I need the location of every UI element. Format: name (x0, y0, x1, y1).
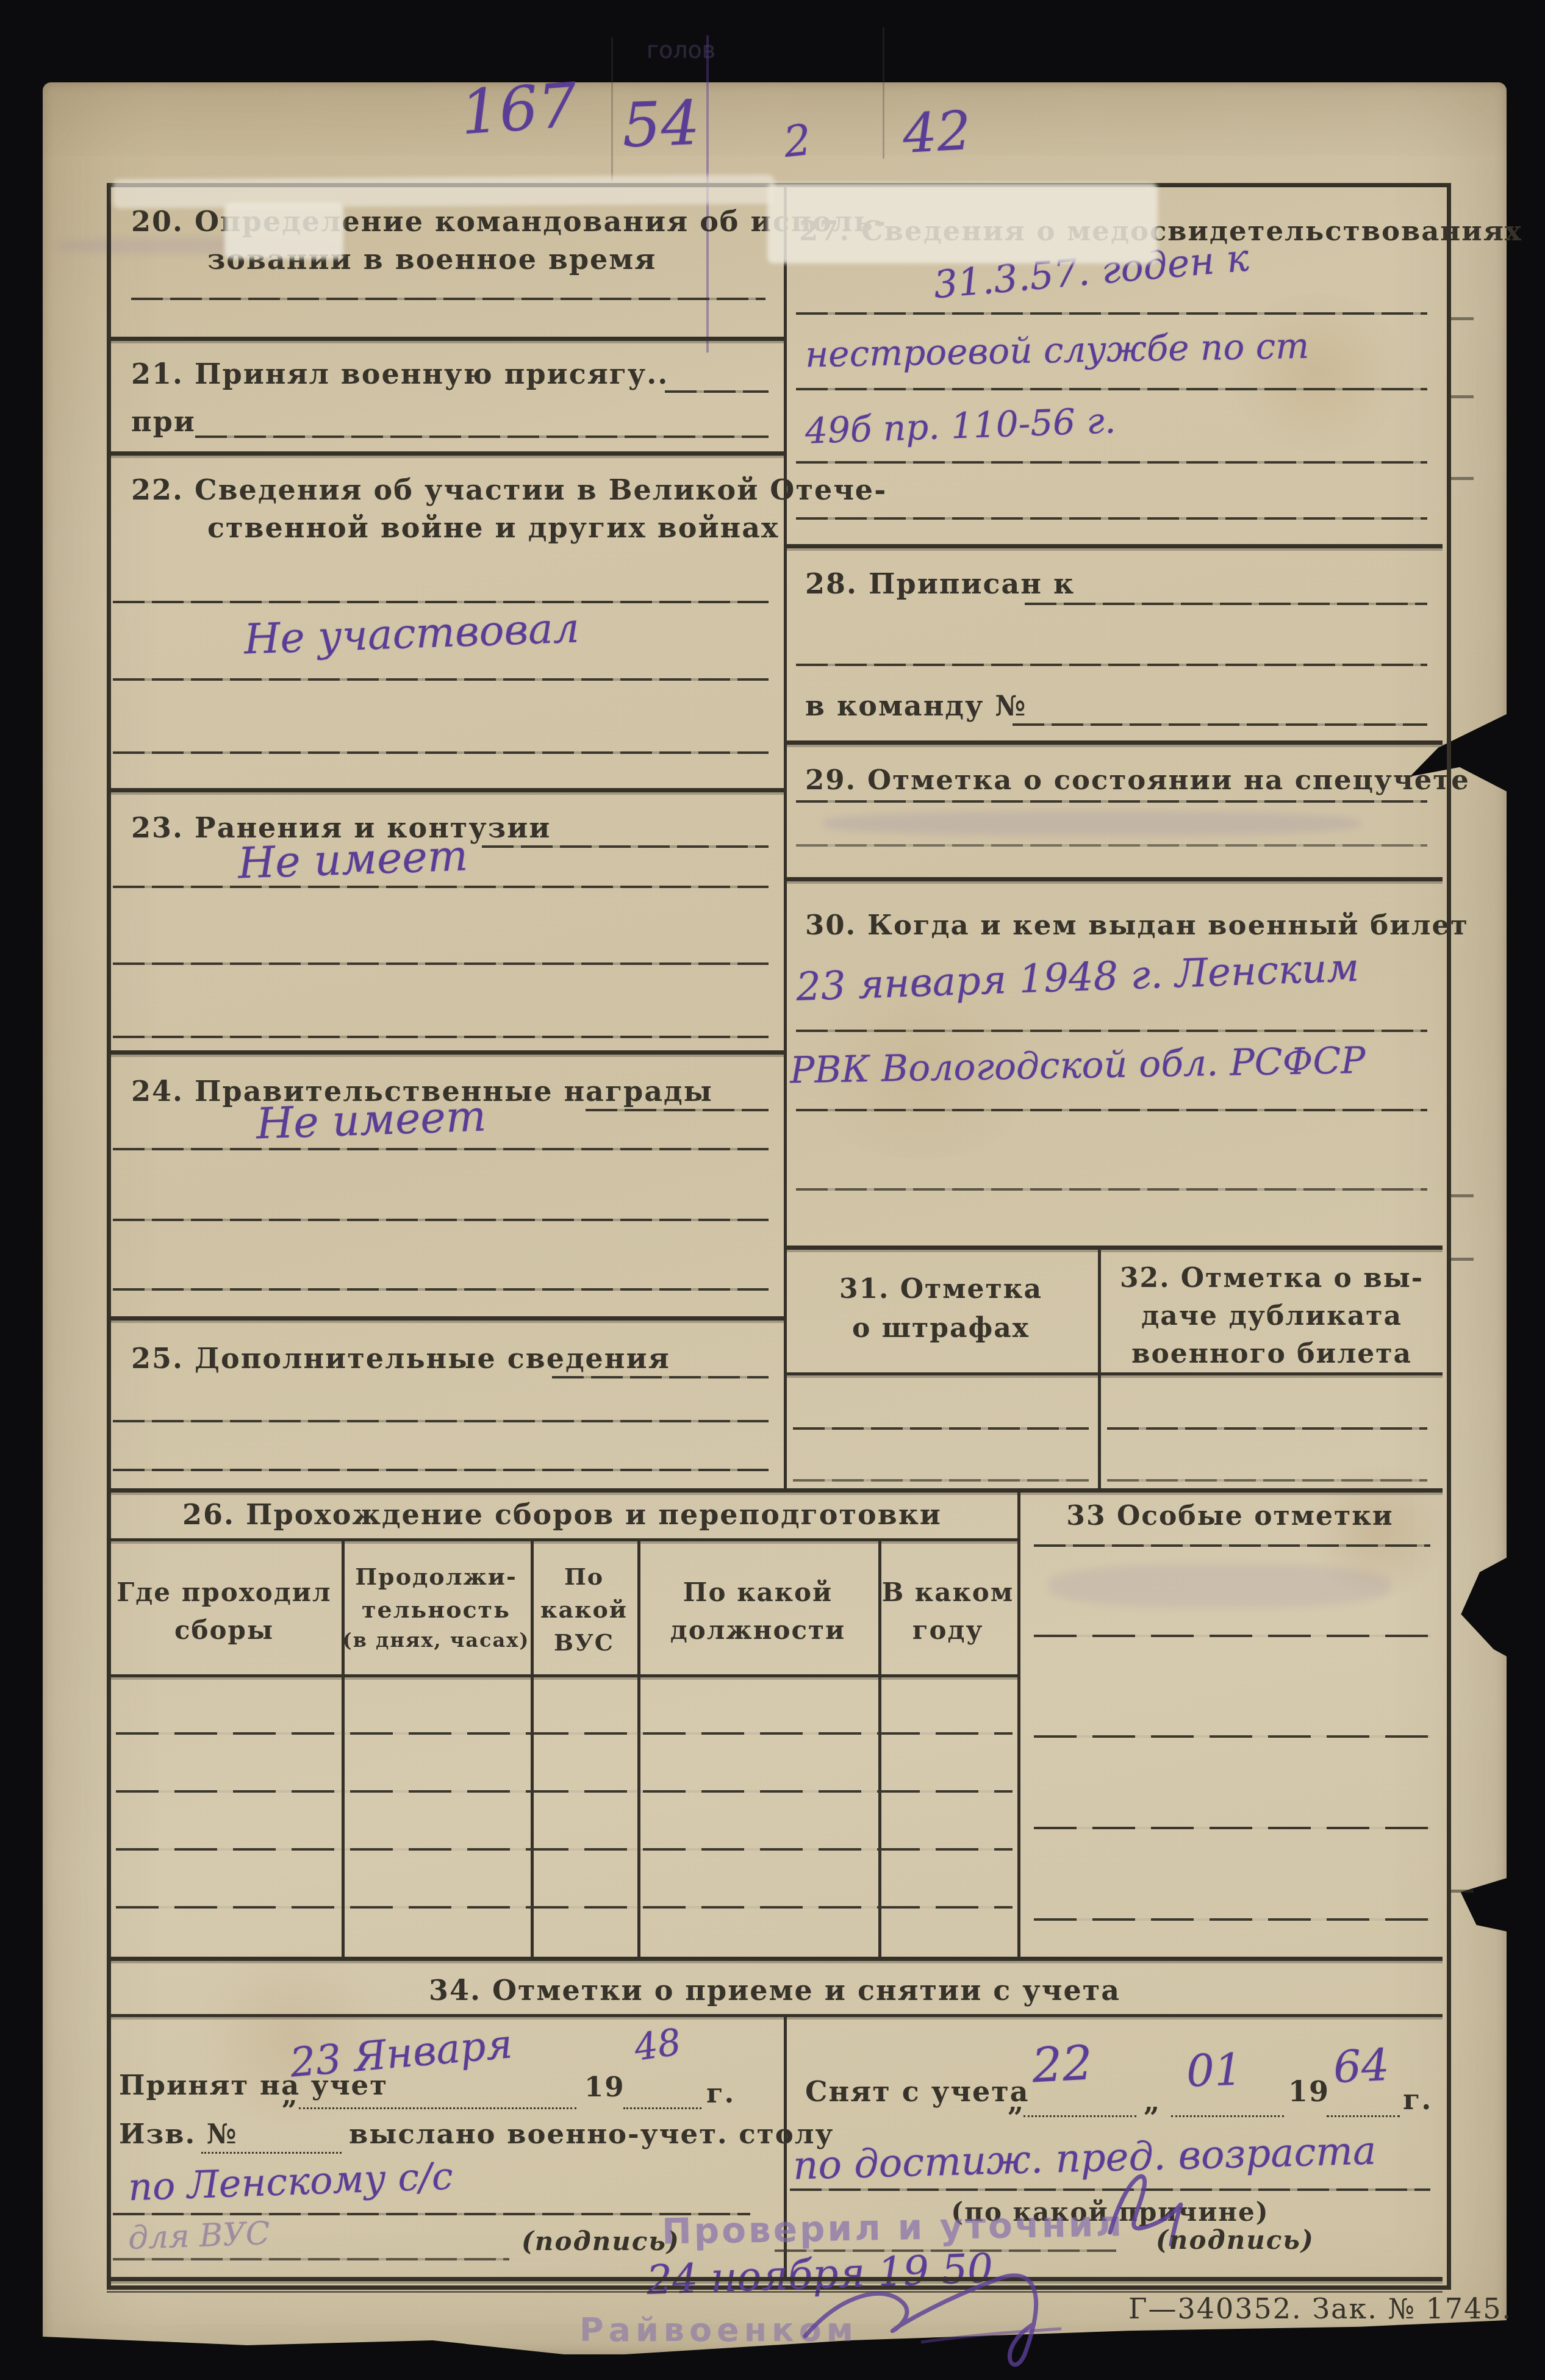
section-divider (784, 877, 1443, 881)
table-row-line (116, 1790, 1013, 1793)
blank-line (796, 312, 1427, 315)
col-header-duration-2: тельность (342, 1596, 531, 1623)
blank-line (1034, 1918, 1430, 1921)
blank-line (113, 2213, 750, 2215)
pencil-vertical-line (611, 38, 613, 181)
margin-tick (1450, 317, 1474, 320)
section-32-title-line2: даче дубликата (1101, 1300, 1443, 1332)
col-header-position-1: По какой (637, 1577, 878, 1607)
section-21-title: 21. Принял военную присягу.. (131, 357, 669, 390)
table-row-line (116, 1848, 1013, 1851)
section-divider (107, 337, 784, 341)
handwritten-none-23: Не имеет (237, 830, 469, 888)
faded-handwriting (823, 811, 1360, 836)
checked-stamp: Проверил и уточнил (661, 2203, 1124, 2252)
section-divider (784, 544, 1443, 548)
dotted-line (1171, 2115, 1284, 2117)
section-divider (107, 1316, 784, 1321)
margin-tick (1450, 1258, 1474, 1261)
handwritten-number-4: 42 (901, 99, 972, 165)
g-label-right: г. (1403, 2083, 1432, 2116)
col-header-duration-1: Продолжи- (342, 1563, 531, 1590)
scanned-military-registration-card: голов 167 54 2 42 20. Определение команд… (0, 0, 1545, 2380)
izv-label: Изв. № (119, 2118, 238, 2150)
blank-line (793, 1479, 1089, 1482)
blank-line (586, 1109, 769, 1111)
blank-line (113, 1469, 769, 1471)
section-31-title-line1: 31. Отметка (784, 1274, 1098, 1305)
section-divider (784, 740, 1443, 745)
handwritten-med-line2: нестроевой службе по ст (805, 325, 1309, 375)
header-divider (784, 1372, 1443, 1375)
section-30-title: 30. Когда и кем выдан военный билет (805, 909, 1469, 941)
margin-tick (1450, 395, 1474, 398)
section-divider (107, 1050, 784, 1055)
blank-line (796, 517, 1427, 520)
section-32-title-line3: военного билета (1101, 1338, 1443, 1369)
dotted-line (299, 2107, 576, 2109)
handwritten-number-1: 167 (458, 69, 579, 148)
section-divider (107, 788, 784, 792)
blank-line (1034, 1635, 1430, 1637)
section-28-title: 28. Приписан к (805, 567, 1075, 600)
whiteout-patch (224, 203, 343, 259)
open-quote: „ (1008, 2085, 1025, 2118)
blank-line (796, 844, 1427, 847)
blank-line (113, 751, 769, 754)
whiteout-band-right (767, 183, 1158, 263)
commissar-signature (793, 2251, 1135, 2373)
blank-line (665, 390, 769, 393)
blank-line (796, 664, 1427, 666)
blank-line (131, 298, 765, 300)
g-label: г. (706, 2077, 735, 2109)
faint-handwriting-vus: для ВУС (127, 2215, 271, 2257)
blank-line (1107, 1427, 1427, 1430)
pencil-vertical-line (883, 27, 884, 159)
col-header-where-1: Где проходил (107, 1577, 342, 1607)
signature-label-right: (подпись) (1156, 2225, 1314, 2255)
handwritten-removed-day: 22 (1031, 2035, 1094, 2093)
blank-line (1034, 1544, 1430, 1547)
blank-line (113, 1036, 769, 1038)
year-19-right: 19 (1288, 2075, 1330, 2108)
dotted-line (1023, 2115, 1136, 2117)
handwritten-none-24: Не имеет (256, 1091, 487, 1149)
handwritten-number-2: 54 (621, 87, 701, 161)
col-header-vus-3: ВУС (531, 1629, 637, 1656)
margin-tick (1450, 1890, 1474, 1893)
blank-line (552, 1376, 769, 1378)
blank-line (113, 1148, 769, 1150)
blank-line (796, 461, 1427, 464)
section-divider (107, 1957, 1443, 1961)
blank-line (113, 1288, 769, 1291)
print-code: Г—340352. Зак. № 1745. (1128, 2292, 1512, 2325)
section-29-title: 29. Отметка о состоянии на спецучете (805, 764, 1470, 796)
table-row-line (116, 1906, 1013, 1909)
blank-line (113, 1420, 769, 1422)
section-31-title-line2: о штрафах (784, 1313, 1098, 1344)
table-right-divider (1017, 1488, 1020, 1958)
blank-line (796, 388, 1427, 390)
blank-line (793, 1427, 1089, 1430)
dotted-line (623, 2107, 701, 2109)
blank-line (796, 800, 1427, 803)
blank-line (796, 1109, 1427, 1111)
blank-line (1034, 1827, 1430, 1829)
section-divider (107, 451, 784, 456)
col-header-vus-2: какой (531, 1596, 637, 1623)
table-row-line (116, 1732, 1013, 1735)
col-header-duration-3: (в днях, часах) (342, 1629, 531, 1652)
section-22-title-line2: ственной войне и других войнах (207, 511, 779, 544)
blank-line (113, 886, 769, 888)
removed-label: Снят с учета (805, 2075, 1030, 2108)
col-header-year-1: В каком (878, 1577, 1017, 1607)
signature-label-left: (подпись) (522, 2226, 680, 2256)
blank-line (796, 1188, 1427, 1191)
col-header-vus-1: По (531, 1563, 637, 1590)
table-header-bottom (107, 1674, 1017, 1677)
blank-line (113, 1219, 769, 1221)
blank-line (482, 845, 769, 848)
whiteout-band (113, 174, 775, 209)
section-33-title: 33 Особые отметки (1017, 1500, 1443, 1532)
izv-label-2: выслано военно-учет. столу (349, 2118, 834, 2150)
blank-line (113, 678, 769, 681)
blank-line (113, 601, 769, 603)
handwritten-removed-month: 01 (1186, 2043, 1244, 2096)
col-header-position-2: должности (637, 1615, 878, 1645)
handwritten-accept-year: 48 (632, 2021, 684, 2070)
section-21-pri-label: при (131, 405, 196, 438)
section-26-title: 26. Прохождение сборов и переподготовки (107, 1498, 1017, 1531)
form-bottom-border (107, 2277, 1443, 2281)
erased-handwriting (1049, 1565, 1391, 1607)
dotted-line (201, 2152, 342, 2154)
blank-line (1107, 1479, 1427, 1482)
open-quote: „ (1144, 2085, 1161, 2118)
blank-line (1013, 723, 1427, 726)
pencil-note: голов (647, 37, 715, 63)
handwritten-removed-year: 64 (1332, 2039, 1391, 2093)
section-25-title: 25. Дополнительные сведения (131, 1342, 670, 1375)
section-32-title-line1: 32. Отметка о вы- (1101, 1263, 1443, 1294)
margin-tick (1450, 477, 1474, 480)
blank-line (195, 435, 769, 438)
section-divider (784, 1246, 1443, 1250)
margin-tick (1450, 1194, 1474, 1197)
section-34-title: 34. Отметки о приеме и снятии с учета (107, 1974, 1443, 2007)
blank-line (1025, 603, 1427, 605)
blank-line (1034, 1735, 1430, 1738)
blank-line (113, 2258, 509, 2260)
table-top-border (107, 1488, 1443, 1493)
col-header-where-2: сборы (107, 1615, 342, 1645)
dotted-line (1327, 2115, 1400, 2117)
col-header-year-2: году (878, 1615, 1017, 1645)
header-divider (107, 2014, 1443, 2017)
handwritten-number-3: 2 (781, 115, 814, 167)
section-28-team-label: в команду № (805, 689, 1027, 722)
blank-line (796, 1030, 1427, 1032)
year-19: 19 (584, 2071, 625, 2103)
section-22-title-line1: 22. Сведения об участии в Великой Отече- (131, 473, 887, 506)
blank-line (113, 962, 769, 965)
